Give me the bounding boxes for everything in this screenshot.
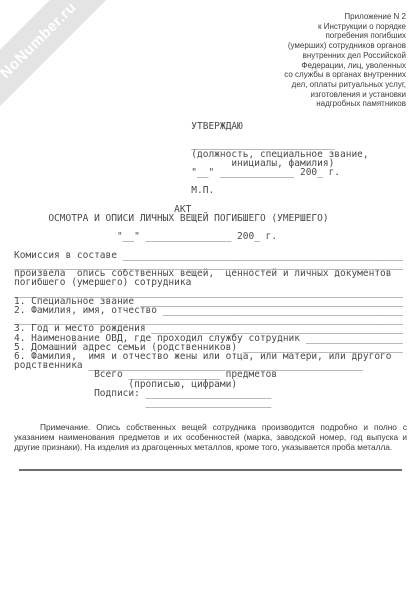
appendix-header: Приложение N 2 к Инструкции о порядке по…: [284, 12, 406, 109]
watermark-text: NoNumber.ru: [0, 0, 80, 82]
form-body: УТВЕРЖДАЮ _________________________ (дол…: [14, 122, 403, 407]
watermark-banner: NoNumber.ru: [0, 0, 126, 128]
note-paragraph: Примечание. Опись собственных вещей сотр…: [14, 423, 407, 452]
bottom-divider: [19, 469, 402, 471]
document-page: NoNumber.ru Приложение N 2 к Инструкции …: [0, 0, 420, 600]
